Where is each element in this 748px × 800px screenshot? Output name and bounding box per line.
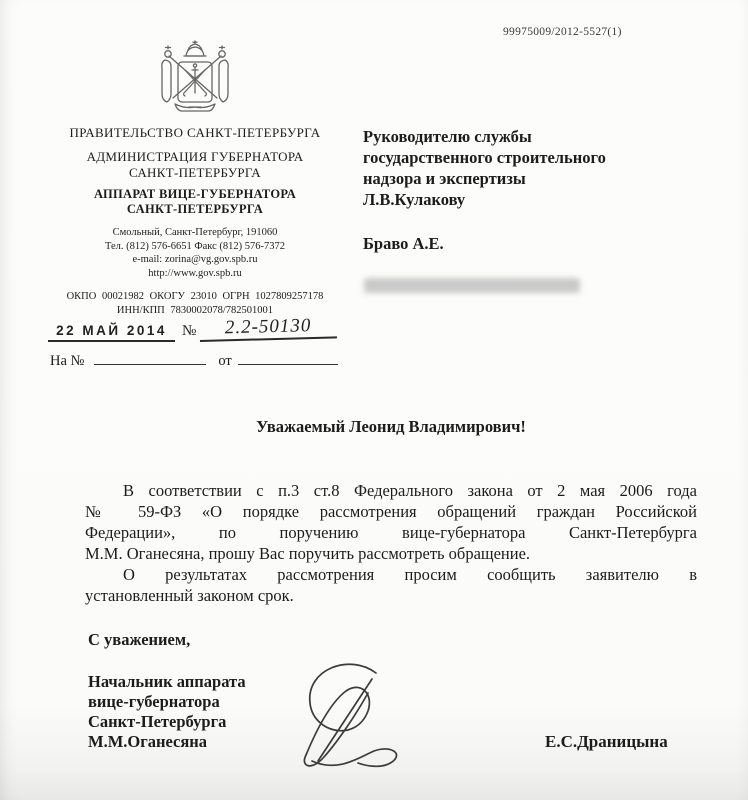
reply-ot-label: от [218,353,231,369]
website: http://www.gov.spb.ru [45,267,345,281]
attention-name: Браво А.Е. [363,234,444,254]
recipient-line1: Руководителю службы [363,126,693,147]
blurred-redaction-bar [364,278,580,293]
body-p1-line1: В соответствии с п.3 ст.8 Федерального з… [85,480,697,501]
reply-na-label: На № [50,353,84,369]
body-p1-line3: Федерации», по поручению вице-губернатор… [85,522,697,543]
email: e-mail: zorina@vg.gov.spb.ru [45,253,345,267]
letter-body: В соответствии с п.3 ст.8 Федерального з… [85,480,697,606]
okpo-okogu-ogrn: ОКПО 00021982 ОКОГУ 23010 ОГРН 102780925… [45,290,345,304]
contact-block: Смольный, Санкт-Петербург, 191060 Тел. (… [45,226,345,280]
signer-title-line3: Санкт-Петербурга [88,712,246,732]
letterhead: ПРАВИТЕЛЬСТВО САНКТ-ПЕТЕРБУРГА АДМИНИСТР… [45,40,345,318]
handwritten-signature-icon [272,658,422,780]
recipient-line3: надзора и экспертизы [363,168,693,189]
org-government: ПРАВИТЕЛЬСТВО САНКТ-ПЕТЕРБУРГА [45,125,345,141]
org-administration-line2: САНКТ-ПЕТЕРБУРГА [45,165,345,181]
signer-title-line1: Начальник аппарата [88,672,246,692]
body-p2-line2: установленный законом срок. [85,585,697,606]
date-stamp: 22 МАЙ 2014 [48,323,175,342]
body-p1-line2: № 59-ФЗ «О порядке рассмотрения обращени… [85,501,697,522]
body-p1-line4: М.М. Оганесяна, прошу Вас поручить рассм… [85,543,697,564]
spb-coat-of-arms-icon [145,40,245,116]
salutation: Уважаемый Леонид Владимирович! [85,417,697,437]
org-apparatus: АППАРАТ ВИЦЕ-ГУБЕРНАТОРА САНКТ-ПЕТЕРБУРГ… [45,187,345,217]
signer-name: Е.С.Драницына [545,732,668,752]
phone-fax: Тел. (812) 576-6651 Факс (812) 576-7372 [45,240,345,254]
recipient-block: Руководителю службы государственного стр… [363,126,693,210]
org-administration-line1: АДМИНИСТРАЦИЯ ГУБЕРНАТОРА [45,149,345,165]
number-sign-label: № [182,323,196,342]
signer-title-line4: М.М.Оганесяна [88,732,246,752]
incoming-number-blank [94,352,206,365]
signer-title-line2: вице-губернатора [88,692,246,712]
body-p2-line1: О результатах рассмотрения просим сообщи… [85,564,697,585]
org-apparatus-line1: АППАРАТ ВИЦЕ-ГУБЕРНАТОРА [45,187,345,202]
recipient-line2: государственного строительного [363,147,693,168]
org-apparatus-line2: САНКТ-ПЕТЕРБУРГА [45,202,345,217]
scanned-letter-page: 99975009/2012-5527(1) [0,0,748,800]
signer-title-block: Начальник аппарата вице-губернатора Санк… [88,672,246,752]
registry-codes: ОКПО 00021982 ОКОГУ 23010 ОГРН 102780925… [45,290,345,318]
doc-reference-number: 99975009/2012-5527(1) [503,26,622,38]
incoming-date-blank [238,352,338,365]
outgoing-reference-row: 22 МАЙ 2014№2.2-50130 [48,318,358,342]
handwritten-outgoing-number: 2.2-50130 [200,314,338,342]
postal-address: Смольный, Санкт-Петербург, 191060 [45,226,345,240]
recipient-name: Л.В.Кулакову [363,189,693,210]
closing-phrase: С уважением, [88,630,190,650]
org-administration: АДМИНИСТРАЦИЯ ГУБЕРНАТОРА САНКТ-ПЕТЕРБУР… [45,149,345,181]
incoming-reference-row: На №от [50,352,338,370]
